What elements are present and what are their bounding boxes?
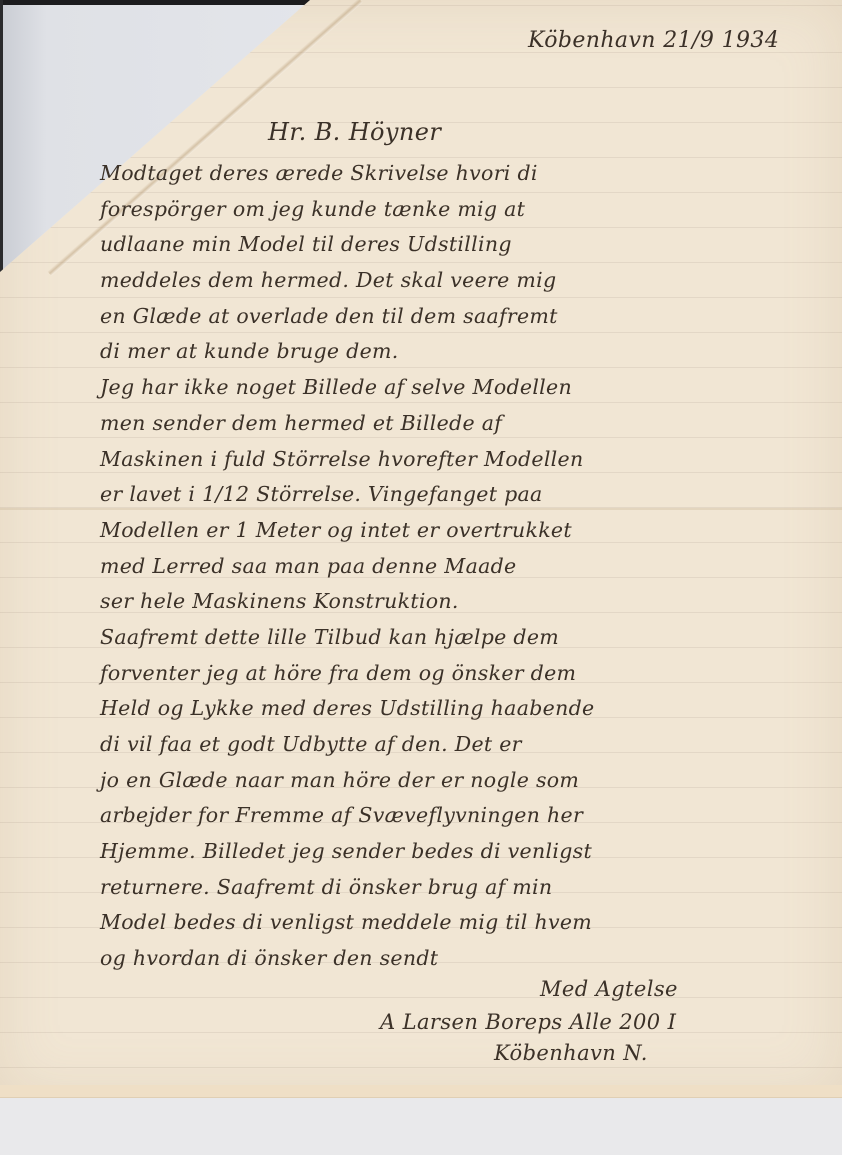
body-line: Jeg har ikke noget Billede af selve Mode…: [100, 370, 594, 406]
body-line: med Lerred saa man paa denne Maade: [100, 549, 594, 585]
body-line: Held og Lykke med deres Udstilling haabe…: [100, 691, 594, 727]
body-line: men sender dem hermed et Billede af: [100, 406, 594, 442]
body-line: meddeles dem hermed. Det skal veere mig: [100, 263, 594, 299]
body-line: returnere. Saafremt di önsker brug af mi…: [100, 870, 594, 906]
body-line: forespörger om jeg kunde tænke mig at: [100, 192, 594, 228]
body-line: og hvordan di önsker den sendt: [100, 941, 594, 977]
body-line: jo en Glæde naar man höre der er nogle s…: [100, 763, 594, 799]
scanner-frame-edge: [0, 0, 312, 5]
body-line: udlaane min Model til deres Udstilling: [100, 227, 594, 263]
body-line: di mer at kunde bruge dem.: [100, 334, 594, 370]
body-line: Modellen er 1 Meter og intet er overtruk…: [100, 513, 594, 549]
sender-city: Köbenhavn N.: [494, 1041, 648, 1065]
body-line: Hjemme. Billedet jeg sender bedes di ven…: [100, 834, 594, 870]
body-line: forventer jeg at höre fra dem og önsker …: [100, 656, 594, 692]
letter-body: Modtaget deres ærede Skrivelse hvori di …: [100, 156, 594, 977]
salutation: Hr. B. Höyner: [268, 118, 441, 146]
body-line: er lavet i 1/12 Störrelse. Vingefanget p…: [100, 477, 594, 513]
body-line: Modtaget deres ærede Skrivelse hvori di: [100, 156, 594, 192]
paper-bottom-edge: [0, 1085, 842, 1098]
closing: Med Agtelse: [540, 977, 678, 1001]
body-line: Saafremt dette lille Tilbud kan hjælpe d…: [100, 620, 594, 656]
body-line: Maskinen i fuld Störrelse hvorefter Mode…: [100, 442, 594, 478]
body-line: di vil faa et godt Udbytte af den. Det e…: [100, 727, 594, 763]
body-line: Model bedes di venligst meddele mig til …: [100, 905, 594, 941]
body-line: ser hele Maskinens Konstruktion.: [100, 584, 594, 620]
scanner-frame-left-edge: [0, 0, 3, 272]
signature-and-address: A Larsen Boreps Alle 200 I: [380, 1010, 676, 1034]
body-line: en Glæde at overlade den til dem saafrem…: [100, 299, 594, 335]
body-line: arbejder for Fremme af Svæveflyvningen h…: [100, 798, 594, 834]
place-and-date: Köbenhavn 21/9 1934: [528, 28, 779, 53]
